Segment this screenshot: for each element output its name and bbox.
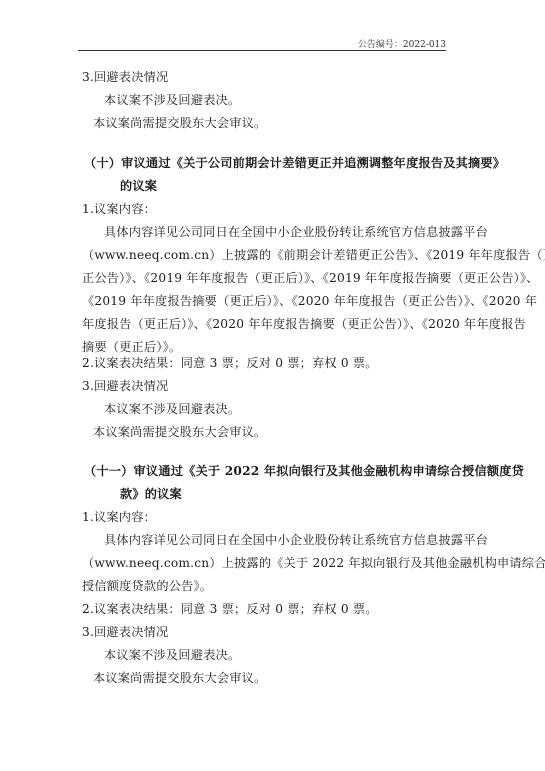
section-10-vote-result: 2.议案表决结果：同意 3 票；反对 0 票；弃权 0 票。 — [82, 355, 378, 371]
section-11-avoid-text: 本议案不涉及回避表决。 — [104, 647, 240, 663]
avoid-vote-text: 本议案不涉及回避表决。 — [104, 92, 240, 108]
document-page: 公告编号：2022-013 3.回避表决情况 本议案不涉及回避表决。 本议案尚需… — [0, 0, 545, 771]
section-11-vote-result: 2.议案表决结果：同意 3 票；反对 0 票；弃权 0 票。 — [82, 601, 378, 617]
section-10-submit-text: 本议案尚需提交股东大会审议。 — [93, 424, 266, 440]
section-11-title-cont: 款》的议案 — [120, 486, 182, 502]
section-10-avoid-text: 本议案不涉及回避表决。 — [104, 401, 240, 417]
section-10-content-line: 年度报告（更正后）》、《2020 年年度报告摘要（更正公告）》、《2020 年年… — [82, 316, 526, 332]
submit-to-shareholders-text: 本议案尚需提交股东大会审议。 — [93, 115, 266, 131]
section-10-title-cont: 的议案 — [120, 178, 157, 194]
section-11-submit-text: 本议案尚需提交股东大会审议。 — [93, 670, 266, 686]
section-10-content-line: 摘要（更正后）》。 — [82, 339, 181, 355]
section-10-content-line: 《2019 年年度报告摘要（更正后）》、《2020 年年度报告（更正公告）》、《… — [82, 293, 537, 309]
avoid-vote-heading: 3.回避表决情况 — [82, 69, 168, 85]
section-10-content-line: 正公告）》、《2019 年年度报告（更正后）》、《2019 年年度报告摘要（更正… — [82, 270, 539, 286]
section-10-title: （十）审议通过《关于公司前期会计差错更正并追溯调整年度报告及其摘要》 — [84, 155, 505, 171]
section-10-content-line: （www.neeq.com.cn）上披露的《前期会计差错更正公告》、《2019 … — [82, 247, 545, 263]
section-11-title: （十一）审议通过《关于 2022 年拟向银行及其他金融机构申请综合授信额度贷 — [84, 463, 524, 479]
header-divider — [78, 50, 446, 51]
section-10-content-label: 1.议案内容： — [82, 201, 156, 217]
section-10-content-line: 具体内容详见公司同日在全国中小企业股份转让系统官方信息披露平台 — [104, 224, 488, 240]
announcement-number: 公告编号：2022-013 — [358, 37, 446, 50]
section-11-content-line: 具体内容详见公司同日在全国中小企业股份转让系统官方信息披露平台 — [104, 532, 488, 548]
section-11-content-line: （www.neeq.com.cn）上披露的《关于 2022 年拟向银行及其他金融… — [82, 555, 545, 571]
section-10-avoid-heading: 3.回避表决情况 — [82, 378, 168, 394]
section-11-content-label: 1.议案内容： — [82, 509, 156, 525]
section-11-avoid-heading: 3.回避表决情况 — [82, 624, 168, 640]
section-11-content-line: 授信额度贷款的公告》。 — [82, 578, 212, 594]
